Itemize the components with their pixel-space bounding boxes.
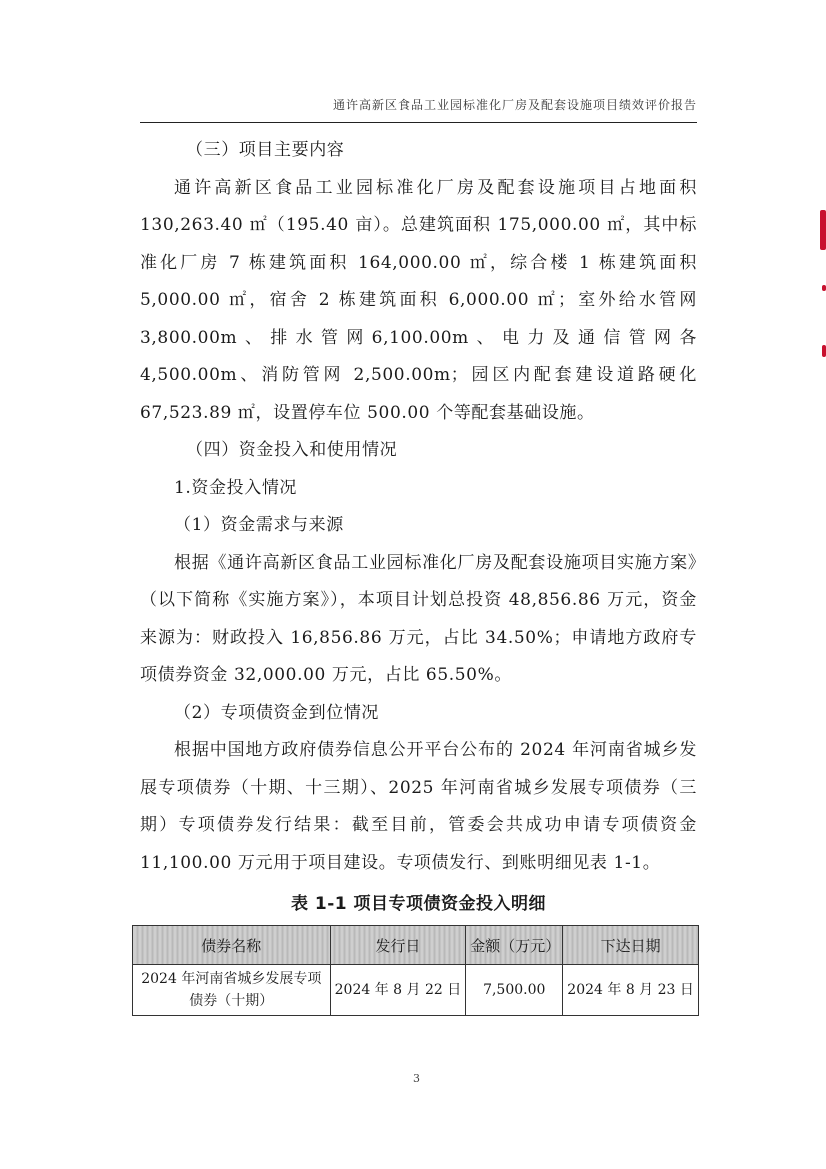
section-heading-3: （三）项目主要内容 [140,132,697,170]
subheading-bond-funds: （2）专项债资金到位情况 [140,695,697,733]
subheading-funding-source: （1）资金需求与来源 [140,507,697,545]
subheading-funding-input: 1.资金投入情况 [140,470,697,508]
page-number: 3 [413,1072,420,1085]
paragraph-bond-funds: 根据中国地方政府债券信息公开平台公布的 2024 年河南省城乡发展专项债券（十期… [140,732,697,882]
cell-release-date: 2024 年 8 月 23 日 [563,965,699,1016]
header-release-date: 下达日期 [563,926,699,965]
paragraph-project-content: 通许高新区食品工业园标准化厂房及配套设施项目占地面积130,263.40 ㎡（1… [140,170,697,433]
bond-table: 债券名称 发行日 金额（万元） 下达日期 2024 年河南省城乡发展专项债券（十… [132,925,699,1016]
cell-amount: 7,500.00 [466,965,563,1016]
cell-issue-date: 2024 年 8 月 22 日 [330,965,466,1016]
body-text: （三）项目主要内容 通许高新区食品工业园标准化厂房及配套设施项目占地面积130,… [140,132,697,882]
table-header-row: 债券名称 发行日 金额（万元） 下达日期 [133,926,699,965]
red-seal-edge-mark [822,285,826,291]
red-seal-edge-mark [820,210,826,250]
header-issue-date: 发行日 [330,926,466,965]
red-seal-edge-mark [822,345,826,357]
section-heading-4: （四）资金投入和使用情况 [140,432,697,470]
paragraph-funding-source: 根据《通许高新区食品工业园标准化厂房及配套设施项目实施方案》（以下简称《实施方案… [140,545,697,695]
running-header: 通许高新区食品工业园标准化厂房及配套设施项目绩效评价报告 [140,96,697,113]
table-caption: 表 1-1 项目专项债资金投入明细 [140,889,697,914]
table-row: 2024 年河南省城乡发展专项债券（十期） 2024 年 8 月 22 日 7,… [133,965,699,1016]
header-amount: 金额（万元） [466,926,563,965]
header-rule [140,122,697,123]
cell-bond-name: 2024 年河南省城乡发展专项债券（十期） [133,965,331,1016]
header-bond-name: 债券名称 [133,926,331,965]
